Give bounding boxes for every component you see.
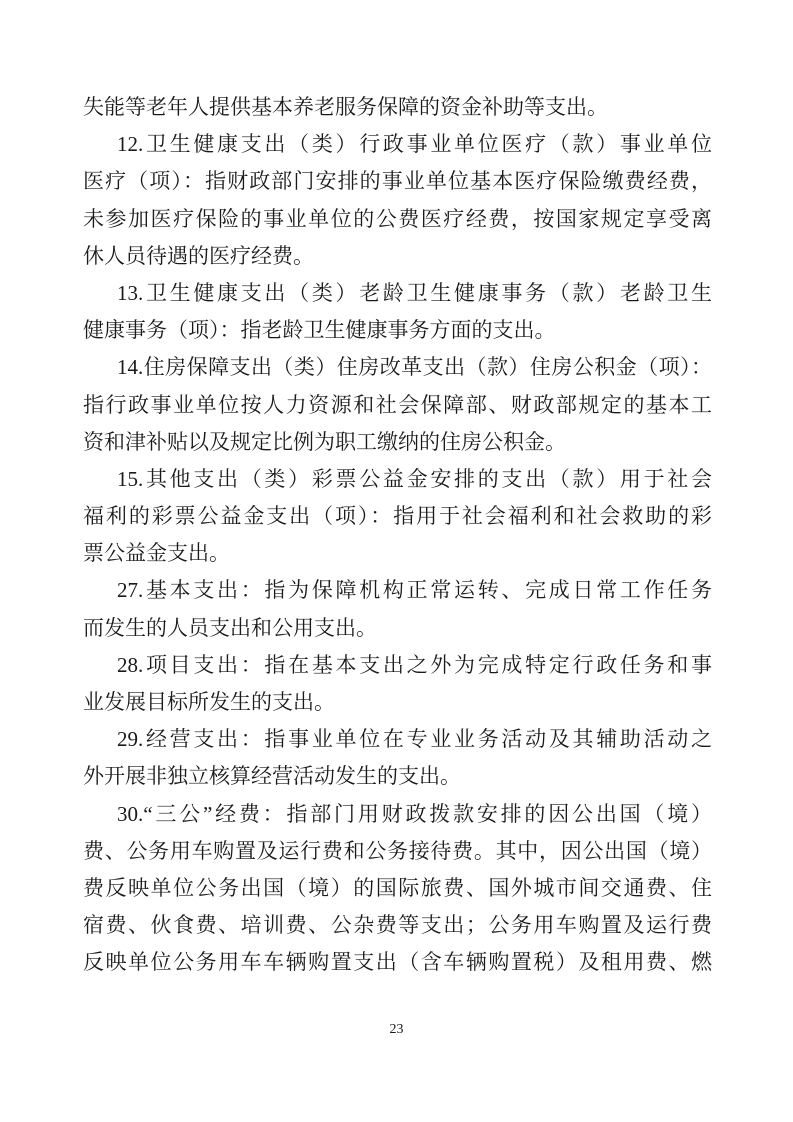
text-line: 13.卫生健康支出（类）老龄卫生健康事务（款）老龄卫生 [83, 275, 712, 312]
text-line: 28.项目支出：指在基本支出之外为完成特定行政任务和事 [83, 647, 712, 684]
text-line: 业发展目标所发生的支出。 [83, 684, 712, 721]
text-line: 福利的彩票公益金支出（项）：指用于社会福利和社会救助的彩 [83, 498, 712, 535]
text-line: 15.其他支出（类）彩票公益金安排的支出（款）用于社会 [83, 461, 712, 498]
text-line: 医疗（项）：指财政部门安排的事业单位基本医疗保险缴费经费， [83, 163, 712, 200]
text-line: 外开展非独立核算经营活动发生的支出。 [83, 758, 712, 795]
text-line: 健康事务（项）：指老龄卫生健康事务方面的支出。 [83, 312, 712, 349]
text-line: 反映单位公务用车车辆购置支出（含车辆购置税）及租用费、燃 [83, 944, 712, 981]
text-line: 而发生的人员支出和公用支出。 [83, 610, 712, 647]
document-page: 失能等老年人提供基本养老服务保障的资金补助等支出。12.卫生健康支出（类）行政事… [0, 0, 793, 1122]
page-number: 23 [0, 1022, 793, 1038]
text-line: 休人员待遇的医疗经费。 [83, 238, 712, 275]
text-line: 12.卫生健康支出（类）行政事业单位医疗（款）事业单位 [83, 126, 712, 163]
text-line: 资和津补贴以及规定比例为职工缴纳的住房公积金。 [83, 424, 712, 461]
text-line: 未参加医疗保险的事业单位的公费医疗经费，按国家规定享受离 [83, 201, 712, 238]
text-line: 费反映单位公务出国（境）的国际旅费、国外城市间交通费、住 [83, 870, 712, 907]
text-line: 票公益金支出。 [83, 535, 712, 572]
text-line: 30.“三公”经费：指部门用财政拨款安排的因公出国（境） [83, 796, 712, 833]
text-line: 宿费、伙食费、培训费、公杂费等支出；公务用车购置及运行费 [83, 907, 712, 944]
document-body: 失能等老年人提供基本养老服务保障的资金补助等支出。12.卫生健康支出（类）行政事… [83, 89, 712, 982]
text-line: 14.住房保障支出（类）住房改革支出（款）住房公积金（项）： [83, 349, 712, 386]
text-line: 27.基本支出：指为保障机构正常运转、完成日常工作任务 [83, 572, 712, 609]
text-line: 29.经营支出：指事业单位在专业业务活动及其辅助活动之 [83, 721, 712, 758]
text-line: 失能等老年人提供基本养老服务保障的资金补助等支出。 [83, 89, 712, 126]
text-line: 指行政事业单位按人力资源和社会保障部、财政部规定的基本工 [83, 387, 712, 424]
text-line: 费、公务用车购置及运行费和公务接待费。其中，因公出国（境） [83, 833, 712, 870]
